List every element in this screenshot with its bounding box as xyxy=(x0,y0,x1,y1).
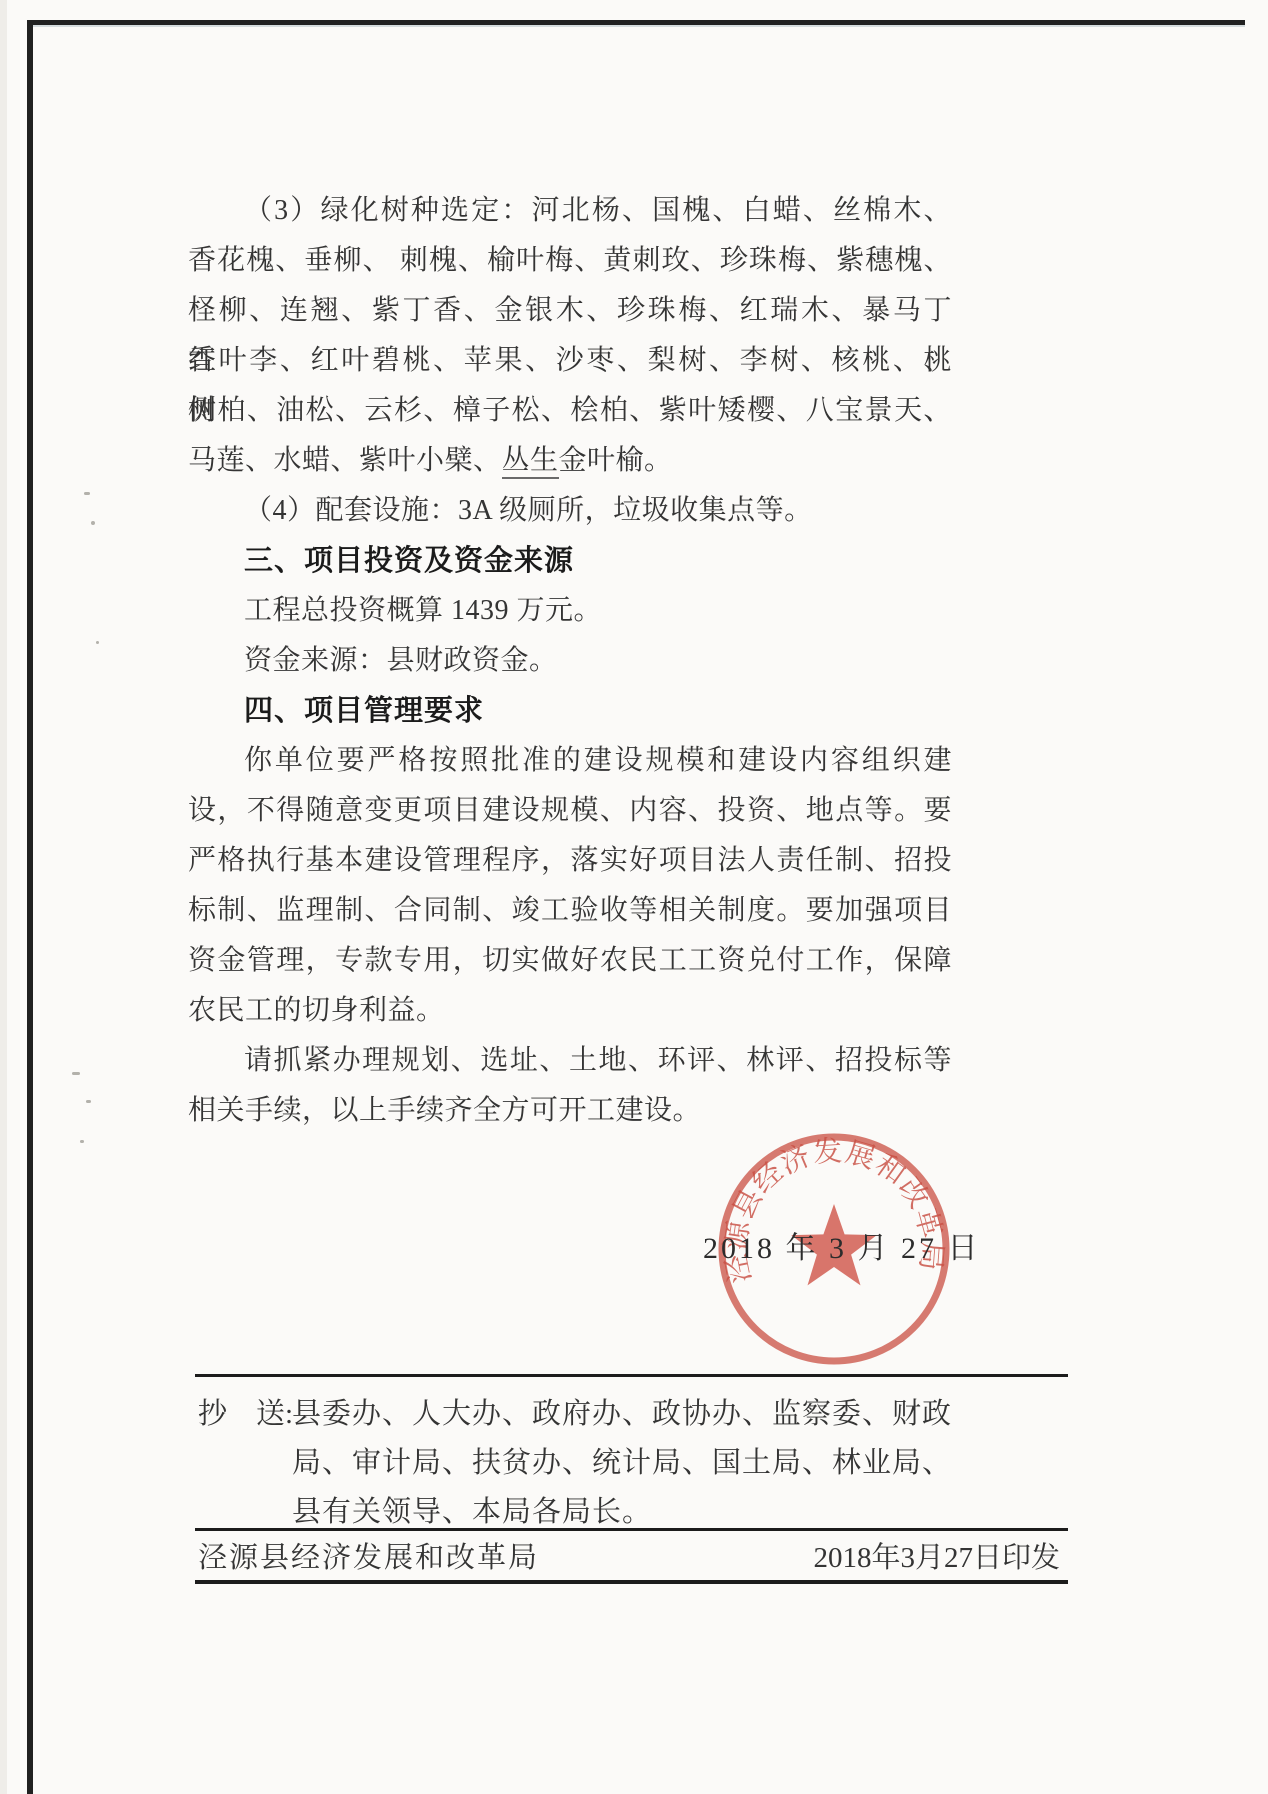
scan-speck xyxy=(72,1072,80,1075)
cc-line: 局、审计局、扶贫办、统计局、国土局、林业局、 xyxy=(292,1439,1062,1488)
cc-label: 抄 送: xyxy=(198,1390,293,1439)
scanned-document-page: （3）绿化树种选定：河北杨、国槐、白蜡、丝棉木、 香花槐、垂柳、 刺槐、榆叶梅、… xyxy=(0,0,1268,1794)
scan-speck xyxy=(86,1100,91,1103)
doc-line: 香花槐、垂柳、 刺槐、榆叶梅、黄刺玫、珍珠梅、紫穗槐、 xyxy=(188,236,952,286)
doc-line: 侧柏、油松、云杉、樟子松、桧柏、紫叶矮樱、八宝景天、 xyxy=(188,386,952,436)
doc-line: 资金来源：县财政资金。 xyxy=(188,636,952,686)
doc-line: 马莲、水蜡、紫叶小檗、丛生金叶榆。 xyxy=(188,436,952,486)
footer-print-date: 2018年3月27日印发 xyxy=(770,1540,1060,1576)
cc-line: 县有关领导、本局各局长。 xyxy=(292,1488,1062,1537)
scan-speck xyxy=(96,641,99,644)
scan-frame-left xyxy=(27,20,33,1794)
cc-list: 县委办、人大办、政府办、政协办、监察委、财政 局、审计局、扶贫办、统计局、国土局… xyxy=(292,1390,1062,1537)
scan-speck xyxy=(84,492,90,495)
separator-rule-bottom xyxy=(195,1580,1068,1584)
doc-line: （3）绿化树种选定：河北杨、国槐、白蜡、丝棉木、 xyxy=(188,186,952,236)
doc-line: 农民工的切身利益。 xyxy=(188,986,952,1036)
doc-line-text: 马莲、水蜡、紫叶小檗、 xyxy=(188,445,502,476)
doc-line: 工程总投资概算 1439 万元。 xyxy=(188,586,952,636)
cc-line: 县委办、人大办、政府办、政协办、监察委、财政 xyxy=(292,1390,1062,1439)
document-body: （3）绿化树种选定：河北杨、国槐、白蜡、丝棉木、 香花槐、垂柳、 刺槐、榆叶梅、… xyxy=(188,186,952,1136)
scanner-edge-strip xyxy=(0,0,7,1794)
footer-issuing-agency: 泾源县经济发展和改革局 xyxy=(198,1540,539,1576)
underlined-term: 丛生 xyxy=(502,445,559,479)
section-heading-investment: 三、项目投资及资金来源 xyxy=(188,536,952,586)
doc-line: 标制、监理制、合同制、竣工验收等相关制度。要加强项目 xyxy=(188,886,952,936)
doc-line: 请抓紧办理规划、选址、土地、环评、林评、招投标等 xyxy=(188,1036,952,1086)
scan-frame-top-tint xyxy=(33,25,1245,27)
doc-line: 柽柳、连翘、紫丁香、金银木、珍珠梅、红瑞木、暴马丁香、 xyxy=(188,286,952,336)
doc-line: 资金管理，专款专用，切实做好农民工工资兑付工作，保障 xyxy=(188,936,952,986)
doc-line: 严格执行基本建设管理程序，落实好项目法人责任制、招投 xyxy=(188,836,952,886)
doc-line: 设，不得随意变更项目建设规模、内容、投资、地点等。要 xyxy=(188,786,952,836)
doc-line: （4）配套设施：3A 级厕所，垃圾收集点等。 xyxy=(188,486,952,536)
scan-speck xyxy=(91,521,95,525)
section-heading-management: 四、项目管理要求 xyxy=(188,686,952,736)
doc-line: 你单位要严格按照批准的建设规模和建设内容组织建 xyxy=(188,736,952,786)
scan-speck xyxy=(80,1140,84,1143)
issue-date: 2018 年 3 月 27 日 xyxy=(703,1232,981,1266)
doc-line-text: 金叶榆。 xyxy=(559,445,673,476)
separator-rule-top xyxy=(195,1374,1068,1377)
doc-line: 红叶李、红叶碧桃、苹果、沙枣、梨树、李树、核桃、桃树、 xyxy=(188,336,952,386)
